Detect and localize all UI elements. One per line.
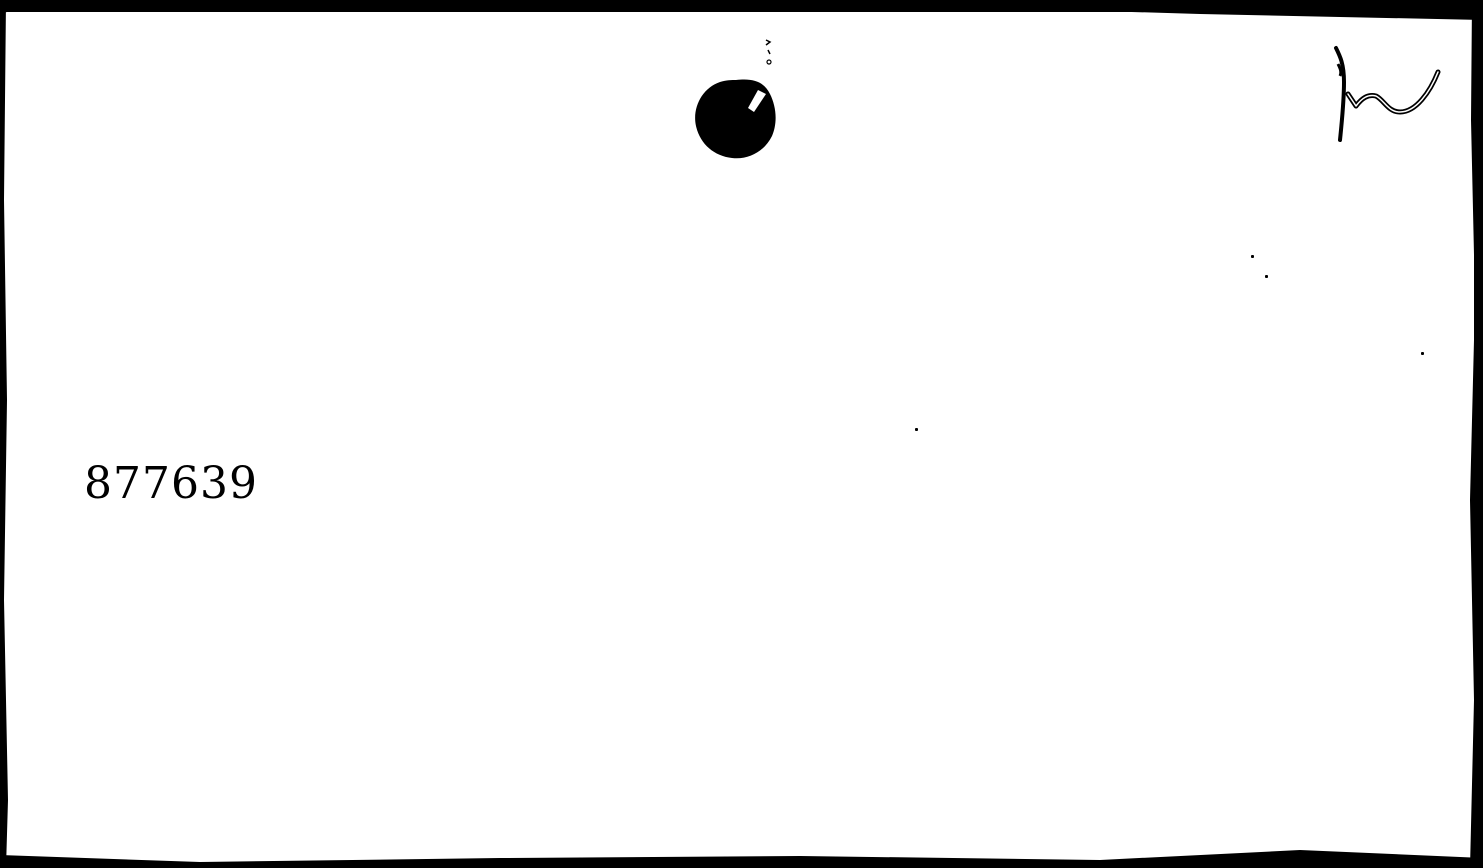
scan-speck [1421, 352, 1424, 355]
accession-number: 877639 [84, 462, 258, 506]
punch-hole [692, 72, 780, 160]
scanned-document: 877639 [0, 0, 1483, 868]
scan-speck [915, 428, 918, 431]
scan-speck [1251, 255, 1254, 258]
scan-speck [1265, 275, 1268, 278]
handwritten-initials [1326, 42, 1446, 146]
pencil-marks [760, 38, 778, 70]
